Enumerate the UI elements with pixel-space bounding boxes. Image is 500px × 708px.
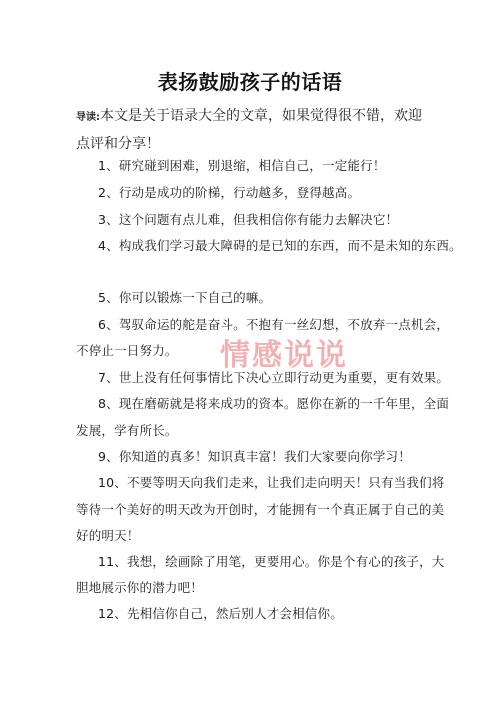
list-item-9: 9、你知道的真多！知识真丰富！我们大家要向你学习！ (98, 447, 411, 465)
intro-text-line1: 本文是关于语录大全的文章，如果觉得很不错，欢迎 (100, 108, 422, 124)
list-item-11: 11、我想，绘画除了用笔，更要用心。你是个有心的孩子，大 (98, 552, 445, 570)
list-item-3: 3、这个问题有点儿难，但我相信你有能力去解决它！ (98, 210, 398, 228)
list-item-8-cont: 发展，学有所长。 (76, 421, 178, 439)
list-item-10-cont2: 好的明天！ (76, 526, 140, 544)
intro-label: 导读: (76, 112, 100, 123)
watermark: 情感说说 (220, 330, 348, 374)
list-item-12: 12、先相信你自己，然后别人才会相信你。 (98, 604, 343, 622)
list-item-2: 2、行动是成功的阶梯，行动越多，登得越高。 (98, 183, 360, 201)
intro-text-line2: 点评和分享！ (76, 136, 160, 152)
document-title: 表扬鼓励孩子的话语 (0, 66, 500, 95)
intro-paragraph: 导读:本文是关于语录大全的文章，如果觉得很不错，欢迎 点评和分享！ (76, 103, 436, 157)
list-item-11-cont: 胆地展示你的潜力吧！ (76, 578, 203, 596)
list-item-1: 1、研究碰到困难，别退缩，相信自己，一定能行！ (98, 156, 386, 174)
list-item-4: 4、构成我们学习最大障碍的是已知的东西，而不是未知的东西。 (98, 236, 462, 254)
list-item-6-cont: 不停止一日努力。 (76, 341, 178, 359)
list-item-5: 5、你可以锻炼一下自己的嘛。 (98, 288, 271, 306)
list-item-10: 10、不要等明天向我们走来，让我们走向明天！只有当我们将 (98, 473, 445, 491)
document-page: 表扬鼓励孩子的话语 导读:本文是关于语录大全的文章，如果觉得很不错，欢迎 点评和… (0, 0, 500, 708)
list-item-10-cont1: 等待一个美好的明天改为开创时，才能拥有一个真正属于自己的美 (76, 500, 444, 518)
list-item-8: 8、现在磨砺就是将来成功的资本。愿你在新的一千年里，全面 (98, 394, 449, 412)
